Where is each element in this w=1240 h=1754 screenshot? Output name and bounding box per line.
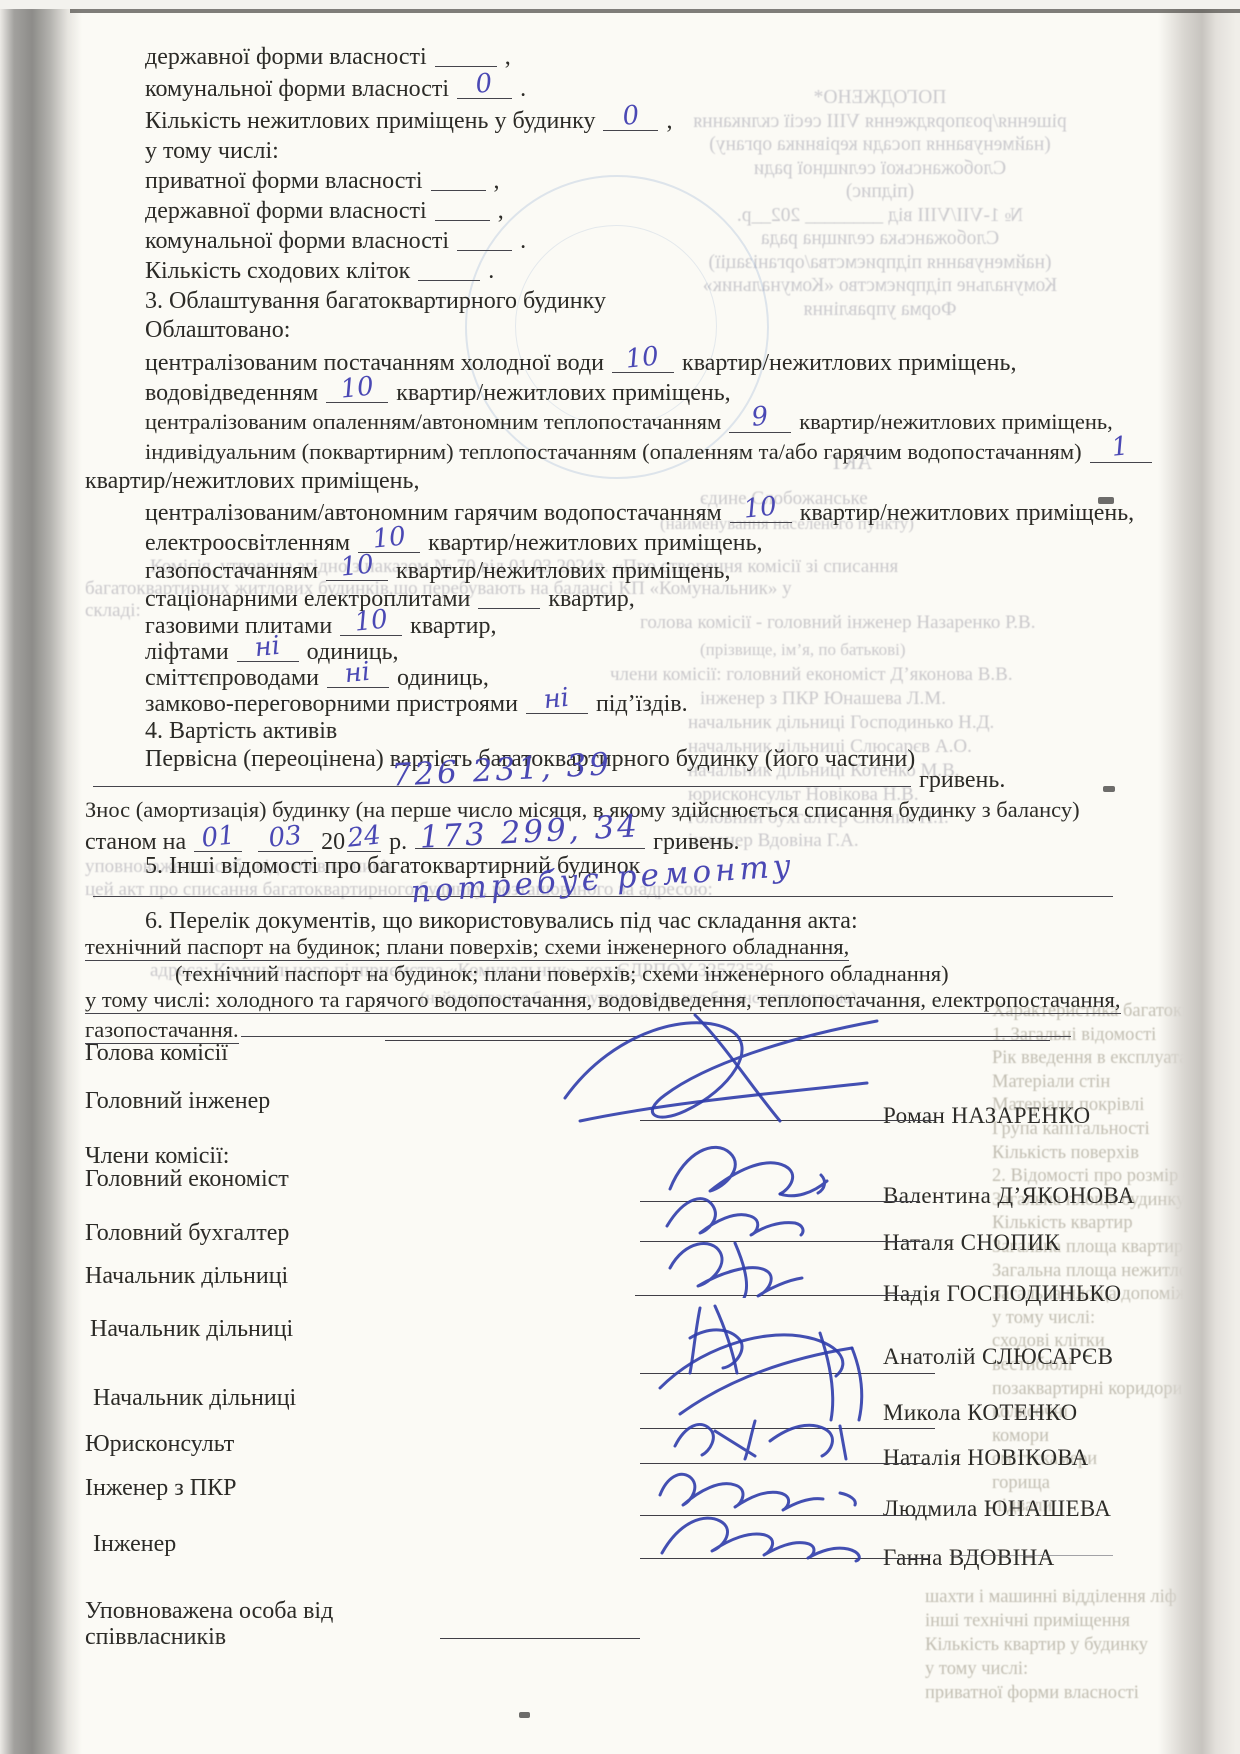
- field-label: комунальної форми власності: [145, 76, 449, 102]
- bleedthrough-line: у тому числі:: [925, 1657, 1177, 1681]
- blank-field: [478, 584, 540, 609]
- field-label: квартир/нежитлових приміщень,: [396, 558, 730, 584]
- section3-title: 3. Облаштування багатоквартирного будинк…: [145, 286, 606, 316]
- handwritten-value: ні: [542, 685, 570, 714]
- field-label: Кількість сходових кліток: [145, 258, 410, 284]
- form-line-including: у тому числі:: [145, 136, 279, 166]
- blank-field: 10: [340, 611, 402, 636]
- field-label: ,: [498, 198, 504, 224]
- bleedthrough-bottom-column: шахти і машинні відділення ліфтів інші т…: [925, 1585, 1177, 1705]
- scan-speck: [1103, 786, 1115, 792]
- role-legal-counsel: Юрисконсульт: [85, 1431, 234, 1458]
- bleedthrough-line: Кількість квартир у будинку: [925, 1633, 1177, 1657]
- section5-other-info-row: потребує ремонту: [85, 872, 1121, 905]
- utility-individual-heating: індивідуальним (поквартирним) теплопоста…: [145, 438, 1160, 466]
- field-label: квартир/нежитлових приміщень,: [428, 530, 762, 556]
- handwritten-value: 10: [353, 606, 389, 635]
- handwritten-value: 24: [346, 822, 382, 851]
- bleedthrough-line: члени комісії: головний економіст Д’якон…: [610, 664, 1013, 686]
- name-sliusariev: Анатолій СЛЮСАРЄВ: [883, 1344, 1113, 1370]
- utility-hot-water: централізованим/автономним гарячим водоп…: [145, 498, 1134, 528]
- blank-field: 0: [457, 74, 512, 99]
- role-section-chief-1: Начальник дільниці: [85, 1263, 288, 1290]
- handwritten-value: 10: [371, 523, 407, 552]
- field-label: індивідуальним (поквартирним) теплопоста…: [145, 439, 1082, 464]
- field-label: централізованим опаленням/автономним теп…: [145, 409, 721, 434]
- blank-field: 10: [326, 378, 388, 403]
- role-section-chief-3: Начальник дільниці: [93, 1385, 296, 1412]
- handwritten-value: 10: [625, 343, 661, 372]
- authorized-person-label-1: Уповноважена особа від: [85, 1598, 333, 1625]
- signature-nazarenko: [545, 1003, 905, 1138]
- role-chief-economist: Головний економіст: [85, 1166, 289, 1193]
- scan-edge-top-line: [70, 9, 1240, 13]
- handwritten-value: 10: [339, 551, 375, 580]
- handwritten-value: 173 299, 34: [419, 811, 641, 853]
- form-line-staircases: Кількість сходових кліток.: [145, 256, 494, 286]
- signature-line: [440, 1638, 640, 1639]
- handwritten-value: 9: [750, 403, 769, 431]
- blank-field: ні: [526, 689, 588, 714]
- form-line-communal-ownership: комунальної форми власності0.: [145, 74, 526, 104]
- field-label: електроосвітленням: [145, 530, 350, 556]
- bleedthrough-line: інженер з ПКР Юнашева Л.М.: [700, 688, 946, 710]
- section6-title: 6. Перелік документів, що використовувал…: [145, 906, 858, 936]
- bleedthrough-line: складі:: [85, 600, 141, 622]
- utility-cold-water: централізованим постачанням холодної вод…: [145, 348, 1016, 378]
- field-label: ,: [494, 168, 500, 194]
- field-label: гривень.: [919, 767, 1005, 793]
- name-novikova: Наталія НОВІКОВА: [883, 1445, 1089, 1471]
- bleedthrough-line: (підпис): [640, 180, 1120, 204]
- scan-speck: [519, 1712, 530, 1718]
- signature-line-faint: [950, 1555, 1113, 1556]
- field-label: квартир,: [548, 586, 634, 612]
- field-label: сміттєпроводами: [145, 665, 319, 691]
- field-label: замково-переговорними пристроями: [145, 691, 518, 717]
- name-snopyk: Наталя СНОПИК: [883, 1230, 1060, 1256]
- field-label: гривень.: [653, 829, 739, 855]
- field-label: ліфтами: [145, 639, 229, 665]
- field-label: технічний паспорт на будинок; плани пове…: [85, 934, 849, 961]
- field-label: водовідведенням: [145, 380, 318, 406]
- scanned-document-page: ПОГОДЖЕНО* рішення/розпорядження VIII се…: [0, 0, 1240, 1754]
- field-label: державної форми власності: [145, 198, 427, 224]
- field-label: стаціонарними електроплитами: [145, 586, 470, 612]
- utility-intercoms: замково-переговорними пристрояминіпід’їз…: [145, 689, 688, 719]
- blank-field: 10: [612, 348, 674, 373]
- form-line-communal-ownership-2: комунальної форми власності.: [145, 226, 526, 256]
- bleedthrough-line: Слобожанської селищної ради: [640, 157, 1120, 181]
- field-label: централізованим/автономним гарячим водоп…: [145, 500, 722, 526]
- field-label: .: [520, 76, 526, 102]
- section4-value1-row: 726 231, 39гривень.: [85, 762, 1005, 795]
- blank-field: ні: [327, 663, 389, 688]
- bleedthrough-line: рішення/розпорядження VIII сесії скликан…: [640, 110, 1120, 134]
- handwritten-value: 03: [267, 822, 303, 851]
- blank-field: [431, 166, 486, 191]
- blank-field: 0: [603, 106, 658, 131]
- name-hospodynko: Надія ГОСПОДИНЬКО: [883, 1281, 1122, 1307]
- scan-edge-top-white: [0, 0, 1240, 9]
- role-section-chief-2: Начальник дільниці: [90, 1316, 293, 1343]
- utility-electricity: електроосвітленням10квартир/нежитлових п…: [145, 528, 763, 558]
- field-label: комунальної форми власності: [145, 228, 449, 254]
- handwritten-value: ні: [344, 659, 372, 688]
- bleedthrough-line: шахти і машинні відділення ліфтів: [925, 1585, 1177, 1609]
- blank-field: [418, 256, 480, 281]
- bleedthrough-line: начальник дільниці Господинько Н.Д.: [688, 712, 994, 734]
- field-label: ,: [666, 108, 672, 134]
- field-label: під’їздів.: [596, 691, 688, 717]
- handwritten-value: 0: [621, 102, 640, 130]
- blank-field: 24: [347, 827, 381, 852]
- handwritten-value: 01: [200, 822, 236, 851]
- blank-field: 1: [1090, 438, 1152, 463]
- field-label: державної форми власності: [145, 44, 427, 70]
- blank-field: 10: [730, 498, 792, 523]
- authorized-person-label-2: співвласників: [85, 1624, 226, 1651]
- section4-title: 4. Вартість активів: [145, 716, 337, 746]
- role-pkr-engineer: Інженер з ПКР: [85, 1475, 236, 1502]
- form-line-state-ownership-2: державної форми власності,: [145, 196, 504, 226]
- field-label: газопостачанням: [145, 558, 318, 584]
- form-line-private-ownership: приватної форми власності,: [145, 166, 500, 196]
- utility-central-heating: централізованим опаленням/автономним теп…: [145, 408, 1113, 436]
- section6-docs: технічний паспорт на будинок; плани пове…: [85, 933, 849, 961]
- name-dyakonova: Валентина Д’ЯКОНОВА: [883, 1183, 1135, 1209]
- handwritten-value: 10: [339, 373, 375, 402]
- utility-continuation: квартир/нежитлових приміщень,: [85, 466, 419, 496]
- role-engineer: Інженер: [93, 1531, 176, 1558]
- field-label: .: [488, 258, 494, 284]
- name-yunasheva: Людмила ЮНАШЕВА: [883, 1496, 1111, 1522]
- field-label: .: [520, 228, 526, 254]
- bleedthrough-line: голова комісії - головний інженер Назаре…: [640, 612, 1035, 634]
- section3-subtitle: Облаштовано:: [145, 315, 290, 345]
- field-label: квартир/нежитлових приміщень,: [682, 350, 1016, 376]
- utility-sewerage: водовідведенням10квартир/нежитлових прим…: [145, 378, 731, 408]
- field-label: квартир/нежитлових приміщень,: [800, 500, 1134, 526]
- bleedthrough-line: інші технічні приміщення: [925, 1609, 1177, 1633]
- field-label: приватної форми власності: [145, 168, 423, 194]
- bleedthrough-line: (найменування посади керівника органу): [640, 133, 1120, 157]
- blank-field: [457, 226, 512, 251]
- scan-speck: [1098, 497, 1114, 504]
- blank-field: 9: [729, 408, 791, 433]
- bleedthrough-line: (прізвище, ім’я, по батькові): [700, 640, 906, 660]
- field-label: ,: [505, 44, 511, 70]
- blank-field: 10: [326, 556, 388, 581]
- field-label: квартир/нежитлових приміщень,: [799, 409, 1113, 434]
- commission-head-label: Голова комісії: [85, 1040, 228, 1067]
- handwritten-value: ні: [253, 633, 281, 662]
- field-label: квартир,: [410, 613, 496, 639]
- blank-field: [435, 42, 497, 67]
- signature-hospodynko: [650, 1228, 825, 1298]
- blank-field: [435, 196, 490, 221]
- role-chief-engineer: Головний інженер: [85, 1088, 270, 1115]
- handwritten-value: 0: [475, 70, 494, 98]
- blank-field: ні: [237, 637, 299, 662]
- bleedthrough-line: приватної форми власності: [925, 1681, 1177, 1705]
- scan-edge-right: [1158, 0, 1240, 1754]
- form-line-state-ownership: державної форми власності,: [145, 42, 511, 72]
- handwritten-value: 1: [1111, 433, 1130, 461]
- bleedthrough-line: ПОГОДЖЕНО*: [640, 86, 1120, 110]
- role-chief-accountant: Головний бухгалтер: [85, 1220, 289, 1247]
- field-label: Кількість нежитлових приміщень у будинку: [145, 108, 595, 134]
- scan-edge-left: [0, 0, 82, 1754]
- blank-field: 726 231, 39: [93, 762, 911, 787]
- field-label: одиниць,: [397, 665, 489, 691]
- name-kotenko: Микола КОТЕНКО: [883, 1400, 1077, 1426]
- blank-field: 03: [258, 827, 313, 852]
- field-label: газовими плитами: [145, 613, 332, 639]
- section6-docs-note: (технічний паспорт на будинок; плани пов…: [175, 960, 949, 988]
- blank-field: потребує ремонту: [93, 872, 1113, 897]
- handwritten-value: 10: [742, 493, 778, 522]
- name-nazarenko: Роман НАЗАРЕНКО: [883, 1103, 1091, 1129]
- signature-vdovina: [650, 1501, 885, 1565]
- utility-gas: газопостачанням10квартир/нежитлових прим…: [145, 556, 731, 586]
- field-label: централізованим постачанням холодної вод…: [145, 350, 604, 376]
- blank-field: 173 299, 34: [415, 824, 645, 849]
- form-line-nonresidential-count: Кількість нежитлових приміщень у будинку…: [145, 106, 672, 136]
- utility-electric-stoves: стаціонарними електроплитамиквартир,: [145, 584, 635, 614]
- blank-field: 01: [194, 827, 242, 852]
- field-label: квартир/нежитлових приміщень,: [396, 380, 730, 406]
- handwritten-value: 726 231, 39: [391, 749, 613, 791]
